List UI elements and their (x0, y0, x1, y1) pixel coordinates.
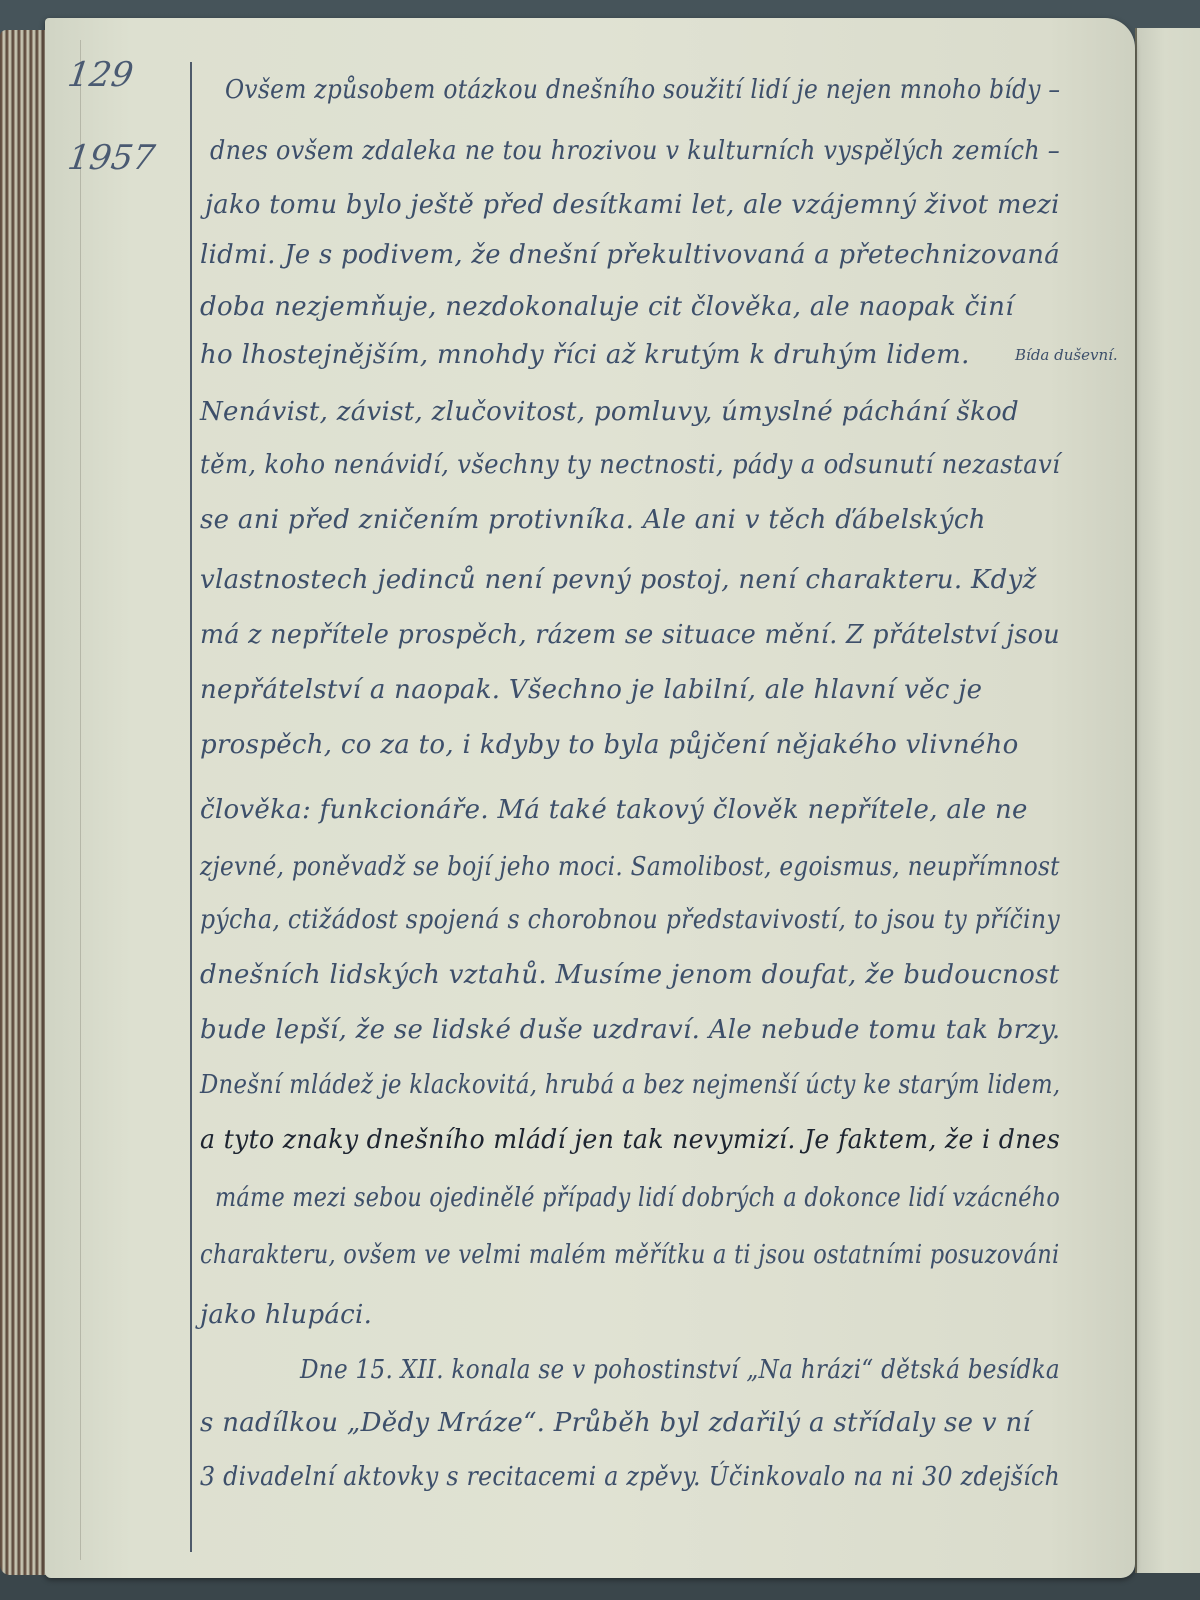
book-page-edges (0, 30, 50, 1575)
text-line: dnešních lidských vztahů. Musíme jenom d… (200, 960, 1060, 990)
facing-page-edge (1135, 28, 1200, 1573)
text-line: se ani před zničením protivníka. Ale ani… (200, 505, 986, 535)
text-line: bude lepší, že se lidské duše uzdraví. A… (200, 1015, 1060, 1045)
text-line: jako tomu bylo ještě před desítkami let,… (205, 190, 1060, 220)
text-line: lidmi. Je s podivem, že dnešní překultiv… (200, 240, 1060, 270)
inner-margin-rule (80, 40, 81, 1560)
text-line: zjevné, poněvadž se bojí jeho moci. Samo… (200, 852, 1060, 882)
year-label: 1957 (65, 138, 157, 178)
text-line: dnes ovšem zdaleka ne tou hrozivou v kul… (210, 136, 1060, 166)
text-line-new-paragraph: Dne 15. XII. konala se v pohostinství „N… (300, 1355, 1060, 1385)
text-line: Ovšem způsobem otázkou dnešního soužití … (225, 75, 1060, 105)
text-line: Dnešní mládež je klackovitá, hrubá a bez… (200, 1070, 1060, 1100)
text-line: doba nezjemňuje, nezdokonaluje cit člově… (200, 292, 1014, 322)
text-line-dark-ink: a tyto znaky dnešního mládí jen tak nevy… (200, 1125, 1060, 1155)
text-line: máme mezi sebou ojedinělé případy lidí d… (215, 1183, 1060, 1213)
page-number: 129 (65, 55, 136, 95)
margin-rule (190, 62, 192, 1552)
text-line: vlastnostech jedinců není pevný postoj, … (200, 565, 1037, 595)
text-line: charakteru, ovšem ve velmi malém měřítku… (200, 1240, 1059, 1270)
side-note: Bída duševní. (1015, 346, 1118, 364)
text-line: těm, koho nenávidí, všechny ty nectnosti… (200, 450, 1060, 480)
text-line: ho lhostejnějším, mnohdy říci až krutým … (200, 340, 970, 370)
text-line: Nenávist, závist, zlučovitost, pomluvy, … (200, 397, 1019, 427)
text-line: pýcha, ctižádost spojená s chorobnou pře… (200, 905, 1060, 935)
text-line: prospěch, co za to, i kdyby to byla půjč… (200, 730, 1019, 760)
text-line: 3 divadelní aktovky s recitacemi a zpěvy… (200, 1462, 1060, 1492)
text-line: člověka: funkcionáře. Má také takový člo… (200, 795, 1028, 825)
text-line: s nadílkou „Dědy Mráze“. Průběh byl zdař… (200, 1408, 1031, 1438)
text-line: má z nepřítele prospěch, rázem se situac… (200, 620, 1060, 650)
text-line: nepřátelství a naopak. Všechno je labiln… (200, 675, 982, 705)
text-line: jako hlupáci. (200, 1300, 372, 1330)
